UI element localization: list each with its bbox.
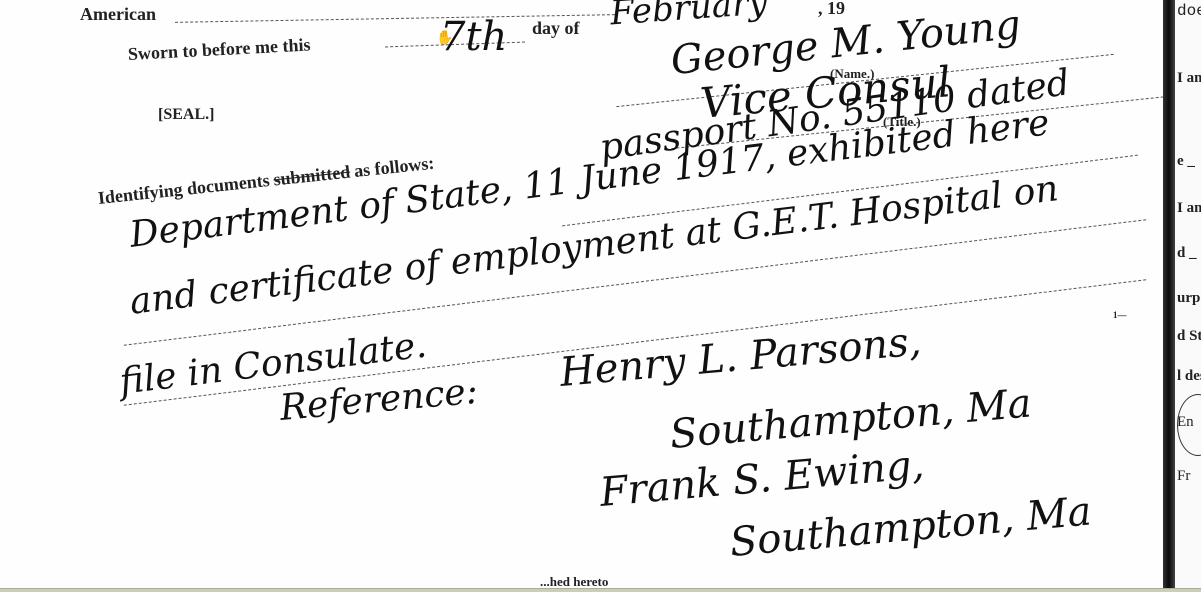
hand-cursor-icon: ✋ (436, 30, 453, 47)
bottom-fragment: ...hed hereto (540, 574, 608, 588)
reference-1-place: Southampton, Ma (668, 380, 1033, 457)
document-page-left: American Sworn to before me this 7th day… (0, 0, 1165, 588)
american-label: American (80, 4, 156, 25)
right-fragment: e _ (1177, 153, 1195, 170)
seal-label: [SEAL.] (158, 106, 214, 124)
month-value: February (609, 0, 769, 33)
right-fragment: doe (1177, 2, 1201, 20)
right-fragment: d St (1177, 328, 1201, 345)
right-fragment: urpo (1177, 290, 1201, 307)
year-prefix: , 19 (818, 0, 845, 19)
right-fragment: Fr (1177, 468, 1190, 485)
right-fragment: l des (1177, 368, 1201, 385)
right-fragment: I am (1177, 70, 1201, 87)
reference-2-name: Frank S. Ewing, (598, 442, 926, 516)
day-of-label: day of (532, 18, 580, 39)
reference-1-name: Henry L. Parsons, (558, 318, 923, 395)
right-fragment: I am (1177, 200, 1201, 217)
sworn-label: Sworn to before me this (127, 34, 311, 65)
viewer-bottom-bar (0, 588, 1201, 592)
page-gutter (1163, 0, 1175, 588)
margin-mark: 1— (1113, 310, 1127, 320)
stamp-circle (1177, 394, 1201, 456)
right-fragment: d _ (1177, 245, 1197, 262)
document-page-right: doe I am e _ I am d _ urpo d St l des En… (1175, 0, 1201, 588)
